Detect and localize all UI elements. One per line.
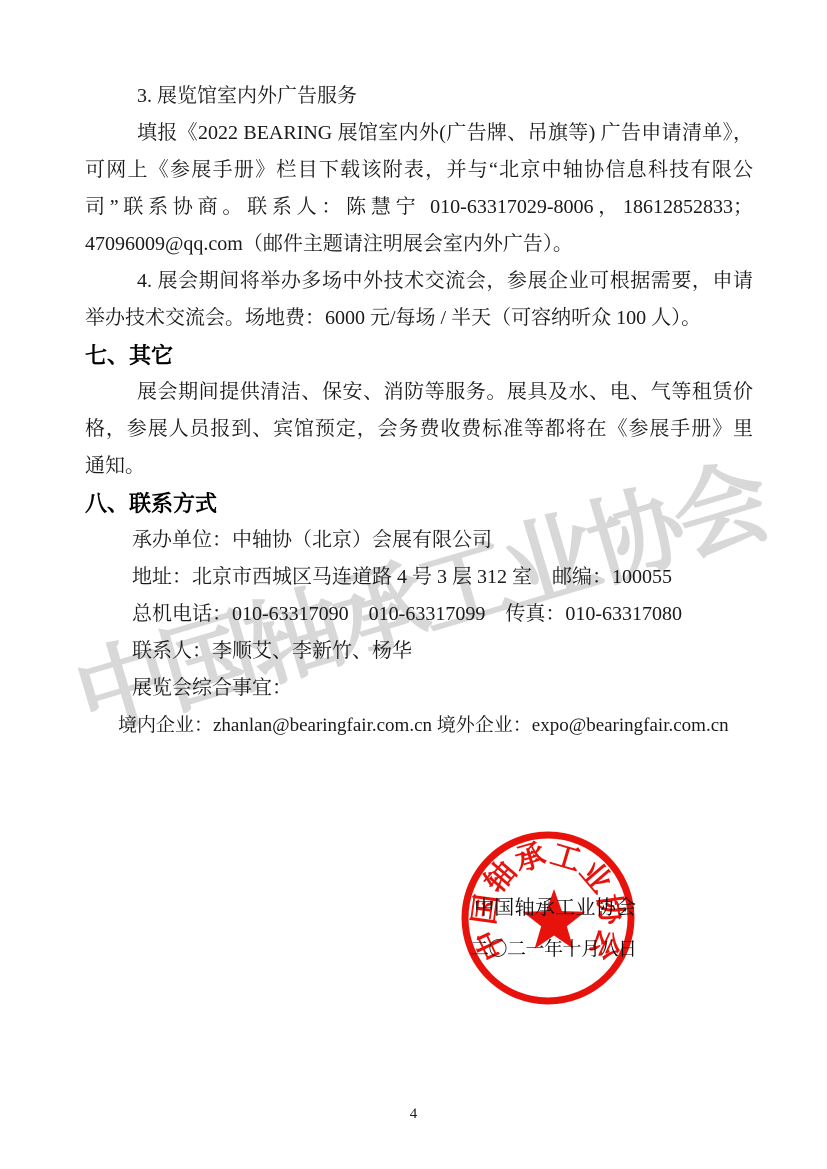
page-number: 4 (0, 1106, 827, 1123)
doc-line: 司”联系协商。联系人：陈慧宁 010-63317029-8006，1861285… (85, 189, 753, 226)
doc-line: 47096009@qq.com（邮件主题请注明展会室内外广告）。 (85, 226, 753, 263)
contact-line-persons: 联系人：李顺艾、李新竹、杨华 (85, 633, 753, 670)
doc-line: 可网上《参展手册》栏目下载该附表，并与“北京中轴协信息科技有限公 (85, 152, 753, 189)
section-heading-contact: 八、联系方式 (85, 485, 753, 522)
doc-line: 举办技术交流会。场地费：6000 元/每场 / 半天（可容纳听众 100 人）。 (85, 300, 753, 337)
doc-line: 3. 展览馆室内外广告服务 (85, 78, 753, 115)
contact-line-phone: 总机电话：010-63317090 010-63317099 传真：010-63… (85, 596, 753, 633)
signature-organization: 中国轴承工业协会 (474, 891, 636, 920)
contact-line-organizer: 承办单位：中轴协（北京）会展有限公司 (85, 522, 753, 559)
doc-line: 填报《2022 BEARING 展馆室内外(广告牌、吊旗等) 广告申请清单》， (85, 115, 753, 152)
doc-line: 通知。 (85, 448, 753, 485)
document-page: 中国轴承工业协会 3. 展览馆室内外广告服务 填报《2022 BEARING 展… (0, 0, 827, 1169)
doc-line: 格，参展人员报到、宾馆预定，会务费收费标准等都将在《参展手册》里 (85, 411, 753, 448)
section-heading-other: 七、其它 (85, 337, 753, 374)
contact-line-general: 展览会综合事宜： (85, 670, 753, 707)
signature-date: 二〇二一年十月八日 (470, 934, 637, 961)
doc-line: 4. 展会期间将举办多场中外技术交流会，参展企业可根据需要，申请 (85, 263, 753, 300)
contact-line-emails: 境内企业：zhanlan@bearingfair.com.cn 境外企业：exp… (85, 707, 753, 744)
doc-line: 展会期间提供清洁、保安、消防等服务。展具及水、电、气等租赁价 (85, 374, 753, 411)
document-body: 3. 展览馆室内外广告服务 填报《2022 BEARING 展馆室内外(广告牌、… (85, 78, 753, 744)
contact-line-address: 地址：北京市西城区马连道路 4 号 3 层 312 室 邮编：100055 (85, 559, 753, 596)
